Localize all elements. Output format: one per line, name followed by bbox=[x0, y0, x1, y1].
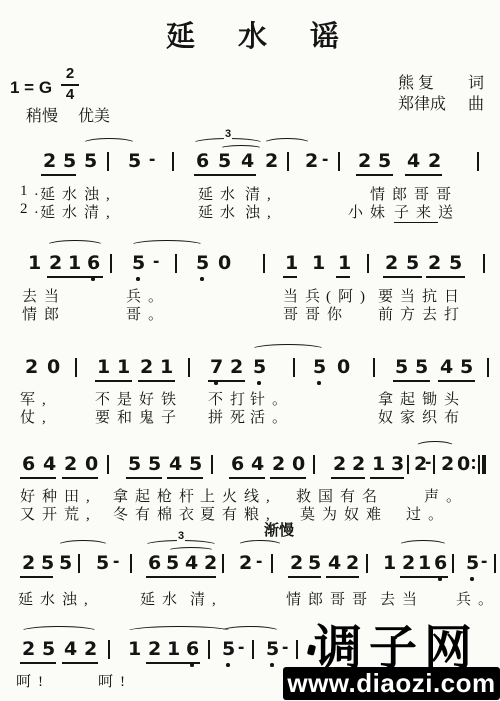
barline bbox=[313, 455, 315, 474]
note: 2 bbox=[230, 356, 243, 378]
note: 2 bbox=[64, 453, 77, 475]
octave-dot bbox=[136, 277, 140, 281]
song-title: 延水谣 bbox=[166, 14, 382, 55]
lyric-verse-2: 活。 bbox=[250, 406, 294, 427]
repeat-sign bbox=[472, 453, 487, 475]
slur bbox=[251, 344, 325, 355]
lyric-verse-1: 兵。 bbox=[456, 588, 500, 609]
note: 5 bbox=[460, 356, 473, 378]
barline bbox=[252, 640, 254, 659]
note: 5 bbox=[266, 638, 279, 660]
note: 2 bbox=[441, 453, 454, 475]
lyric-verse-1: 去当 bbox=[380, 588, 424, 609]
lyric-verse-2: 冬有棉衣 bbox=[113, 503, 201, 524]
barline bbox=[366, 554, 368, 573]
octave-dot bbox=[257, 381, 261, 385]
note: 5 bbox=[59, 552, 72, 574]
slur bbox=[220, 626, 280, 637]
beam-underline bbox=[126, 477, 162, 479]
note: 2 bbox=[272, 453, 285, 475]
beam-underline bbox=[62, 662, 98, 664]
note: 5 bbox=[42, 638, 55, 660]
note: 1 bbox=[285, 252, 298, 274]
watermark-url: www.diaozi.com bbox=[283, 667, 500, 700]
time-signature-numerator: 2 bbox=[66, 65, 74, 82]
note: 5 bbox=[308, 552, 321, 574]
lyric-verse-2: 送 bbox=[438, 201, 460, 222]
note: 2 bbox=[43, 150, 56, 172]
duration-dash: - bbox=[149, 149, 155, 171]
barline bbox=[107, 455, 109, 474]
duration-dash: - bbox=[282, 637, 288, 659]
beam-underline bbox=[47, 276, 103, 278]
lyric-verse-1: 延水浊, bbox=[18, 588, 95, 609]
note: 2 bbox=[352, 453, 365, 475]
note: 1 bbox=[338, 252, 351, 274]
time-signature-denominator: 4 bbox=[66, 86, 74, 103]
note: 5 bbox=[41, 552, 54, 574]
slur bbox=[168, 547, 214, 554]
beam-underline bbox=[270, 477, 306, 479]
note: 5 bbox=[313, 356, 326, 378]
beam-underline bbox=[288, 576, 321, 578]
composer-role: 曲 bbox=[468, 94, 484, 115]
note: 4 bbox=[43, 453, 56, 475]
note: 5 bbox=[222, 638, 235, 660]
slur bbox=[220, 145, 262, 152]
barline bbox=[483, 254, 485, 273]
note: 1 bbox=[167, 638, 180, 660]
barline bbox=[407, 455, 409, 474]
key-signature: 1 = G bbox=[10, 78, 52, 98]
lyric-verse-1: 情郎哥哥 bbox=[286, 588, 374, 609]
barline bbox=[433, 455, 435, 474]
note: 5 bbox=[84, 150, 97, 172]
note: 5 bbox=[415, 356, 428, 378]
lyric-verse-2: 拼死 bbox=[208, 406, 252, 427]
beam-underline bbox=[331, 477, 365, 479]
note: 1 bbox=[128, 638, 141, 660]
barline bbox=[373, 358, 375, 377]
note: 2 bbox=[204, 552, 217, 574]
note: 2 bbox=[239, 552, 252, 574]
barline bbox=[188, 358, 190, 377]
lyric-verse-2: 哥。 bbox=[126, 303, 170, 324]
note: 4 bbox=[440, 356, 453, 378]
lyric-verse-2: 仗, bbox=[20, 406, 53, 427]
note: 1 bbox=[418, 552, 431, 574]
lyric-verse-1: 清, bbox=[190, 588, 223, 609]
note: 5 bbox=[253, 356, 266, 378]
note: 5 bbox=[166, 552, 179, 574]
note: 6 bbox=[22, 453, 35, 475]
note: 2 bbox=[22, 638, 35, 660]
note: 4 bbox=[251, 453, 264, 475]
beam-underline bbox=[20, 662, 56, 664]
note: 5 bbox=[96, 552, 109, 574]
note: 2 bbox=[333, 453, 346, 475]
time-signature: 2 4 bbox=[59, 66, 81, 103]
barline bbox=[108, 640, 110, 659]
barline bbox=[222, 554, 224, 573]
note: 1 bbox=[28, 252, 41, 274]
note: 2 bbox=[428, 150, 441, 172]
octave-dot bbox=[317, 381, 321, 385]
beam-underline bbox=[393, 380, 430, 382]
lyric-verse-1: 延水 bbox=[140, 588, 184, 609]
note: 0 bbox=[457, 453, 470, 475]
note: 2 bbox=[84, 638, 97, 660]
beam-underline bbox=[326, 576, 359, 578]
note: 3 bbox=[391, 453, 404, 475]
note: 0 bbox=[337, 356, 350, 378]
note: 1 bbox=[117, 356, 130, 378]
beam-underline bbox=[370, 477, 404, 479]
beam-underline bbox=[336, 276, 350, 278]
note: 1 bbox=[68, 252, 81, 274]
note: 2 bbox=[385, 252, 398, 274]
note: 5 bbox=[466, 552, 479, 574]
credits: 熊 复 词 郑律成 曲 bbox=[398, 73, 484, 115]
note: 2 bbox=[305, 150, 318, 172]
slur bbox=[398, 540, 448, 551]
duration-dash: - bbox=[425, 452, 431, 474]
note: 1 bbox=[160, 356, 173, 378]
barline bbox=[107, 152, 109, 171]
lyric-verse-2: 过。 bbox=[406, 503, 450, 524]
barline bbox=[287, 152, 289, 171]
duration-dash: - bbox=[481, 551, 487, 573]
beam-underline bbox=[62, 477, 98, 479]
composer-name: 郑律成 bbox=[398, 94, 446, 115]
beam-underline bbox=[20, 477, 56, 479]
barline bbox=[338, 152, 340, 171]
lyric-verse-2: 要和鬼子 bbox=[95, 406, 183, 427]
sheet-music-page: 延水谣 1 = G 2 4 稍慢 优美 熊 复 词 郑律成 曲 2555-654… bbox=[0, 0, 500, 701]
note: 6 bbox=[87, 252, 100, 274]
note: 0 bbox=[47, 356, 60, 378]
note: 0 bbox=[292, 453, 305, 475]
repeat-thin-bar bbox=[478, 455, 480, 474]
barline bbox=[110, 254, 112, 273]
note: 6 bbox=[148, 552, 161, 574]
lyric-verse-2: 浊, bbox=[245, 201, 278, 222]
note: 2 bbox=[265, 150, 278, 172]
lyric-verse-2: 前方去打 bbox=[378, 303, 466, 324]
note: 5 bbox=[378, 150, 391, 172]
barline bbox=[75, 358, 77, 377]
slur bbox=[126, 626, 232, 637]
lyric-verse-2: 莫为奴难 bbox=[300, 503, 388, 524]
note: 5 bbox=[449, 252, 462, 274]
beam-underline bbox=[356, 174, 393, 176]
note: 4 bbox=[241, 150, 254, 172]
note: 2 bbox=[358, 150, 371, 172]
beam-underline bbox=[20, 576, 53, 578]
note: 2 bbox=[290, 552, 303, 574]
duration-dash: - bbox=[256, 551, 262, 573]
beam-underline bbox=[426, 276, 465, 278]
barline bbox=[494, 554, 496, 573]
lyric-verse-2: 子来 bbox=[394, 201, 438, 223]
note: 0 bbox=[218, 252, 231, 274]
note: 2 bbox=[25, 356, 38, 378]
note: 0 bbox=[85, 453, 98, 475]
lyric-verse-2: 奴家织布 bbox=[378, 406, 466, 427]
beam-underline bbox=[229, 477, 265, 479]
beam-underline bbox=[95, 380, 132, 382]
note: 4 bbox=[169, 453, 182, 475]
note: 2 bbox=[49, 252, 62, 274]
slur bbox=[20, 626, 98, 637]
barline bbox=[263, 254, 265, 273]
note: 6 bbox=[196, 150, 209, 172]
beam-underline bbox=[438, 380, 475, 382]
note: 5 bbox=[132, 252, 145, 274]
note: 4 bbox=[328, 552, 341, 574]
slur bbox=[82, 138, 136, 149]
octave-dot bbox=[470, 577, 474, 581]
note: 1 bbox=[312, 252, 325, 274]
octave-dot bbox=[226, 663, 230, 667]
lyricist-name: 熊 复 bbox=[398, 73, 434, 94]
beam-underline bbox=[167, 477, 203, 479]
tempo-marking: 稍慢 优美 bbox=[26, 103, 110, 126]
duration-dash: - bbox=[322, 149, 328, 171]
lyric-verse-2: 延水 bbox=[198, 201, 242, 222]
barline bbox=[172, 152, 174, 171]
note: 5 bbox=[189, 453, 202, 475]
note: 5 bbox=[406, 252, 419, 274]
beam-underline bbox=[194, 174, 256, 176]
barline bbox=[78, 554, 80, 573]
note: 5 bbox=[128, 150, 141, 172]
note: 5 bbox=[63, 150, 76, 172]
note: 7 bbox=[210, 356, 223, 378]
triplet-number: 3 bbox=[177, 531, 185, 542]
note: 5 bbox=[148, 453, 161, 475]
lyric-verse-2: 情郎 bbox=[22, 303, 66, 324]
lyric-verse-2: 哥哥你 bbox=[283, 303, 349, 324]
slur bbox=[57, 540, 109, 551]
note: 5 bbox=[395, 356, 408, 378]
barline bbox=[211, 455, 213, 474]
lyric-verse-1: 呵! bbox=[16, 670, 50, 691]
note: 5 bbox=[218, 150, 231, 172]
lyricist-role: 词 bbox=[468, 73, 484, 94]
note: 2 bbox=[22, 552, 35, 574]
composer-credit: 郑律成 曲 bbox=[398, 94, 484, 115]
note: 1 bbox=[372, 453, 385, 475]
note: 5 bbox=[196, 252, 209, 274]
note: 2 bbox=[346, 552, 359, 574]
barline bbox=[452, 554, 454, 573]
barline bbox=[296, 640, 298, 659]
slur bbox=[237, 540, 283, 551]
note: 2 bbox=[148, 638, 161, 660]
triplet-number: 3 bbox=[224, 129, 232, 140]
note: 4 bbox=[407, 150, 420, 172]
barline bbox=[293, 358, 295, 377]
octave-dot bbox=[270, 663, 274, 667]
slur bbox=[130, 240, 204, 251]
lyric-verse-2: 延水清, bbox=[40, 201, 117, 222]
beam-underline bbox=[383, 276, 422, 278]
duration-dash: - bbox=[153, 251, 159, 273]
beam-underline bbox=[146, 662, 200, 664]
tempo-change-mark: 渐慢 bbox=[264, 519, 294, 540]
lyric-verse-1: 呵! bbox=[98, 670, 132, 691]
lyric-verse-2: 小妹 bbox=[348, 201, 392, 222]
barline bbox=[477, 152, 479, 171]
note: 1 bbox=[383, 552, 396, 574]
beam-underline bbox=[146, 576, 216, 578]
repeat-thick-bar bbox=[482, 455, 486, 474]
barline bbox=[271, 554, 273, 573]
beam-underline bbox=[405, 174, 442, 176]
note: 1 bbox=[97, 356, 110, 378]
beam-underline bbox=[208, 380, 245, 382]
beam-underline bbox=[400, 576, 448, 578]
lyric-verse-2: 又开荒, bbox=[20, 503, 97, 524]
note: 6 bbox=[434, 552, 447, 574]
slur bbox=[46, 240, 104, 251]
note: 4 bbox=[185, 552, 198, 574]
barline bbox=[487, 358, 489, 377]
slur bbox=[415, 441, 455, 452]
note: 2 bbox=[140, 356, 153, 378]
beam-underline bbox=[138, 380, 175, 382]
note: 5 bbox=[128, 453, 141, 475]
slur bbox=[263, 138, 311, 149]
note: 6 bbox=[186, 638, 199, 660]
barline bbox=[175, 254, 177, 273]
barline bbox=[208, 640, 210, 659]
duration-dash: - bbox=[113, 551, 119, 573]
repeat-dots bbox=[472, 459, 475, 462]
barline bbox=[367, 254, 369, 273]
beam-underline bbox=[41, 174, 76, 176]
note: 4 bbox=[64, 638, 77, 660]
note: 6 bbox=[231, 453, 244, 475]
note: 2 bbox=[428, 252, 441, 274]
beam-underline bbox=[283, 276, 297, 278]
barline bbox=[130, 554, 132, 573]
duration-dash: - bbox=[238, 637, 244, 659]
lyricist-credit: 熊 复 词 bbox=[398, 73, 484, 94]
note: 2 bbox=[402, 552, 415, 574]
octave-dot bbox=[200, 277, 204, 281]
